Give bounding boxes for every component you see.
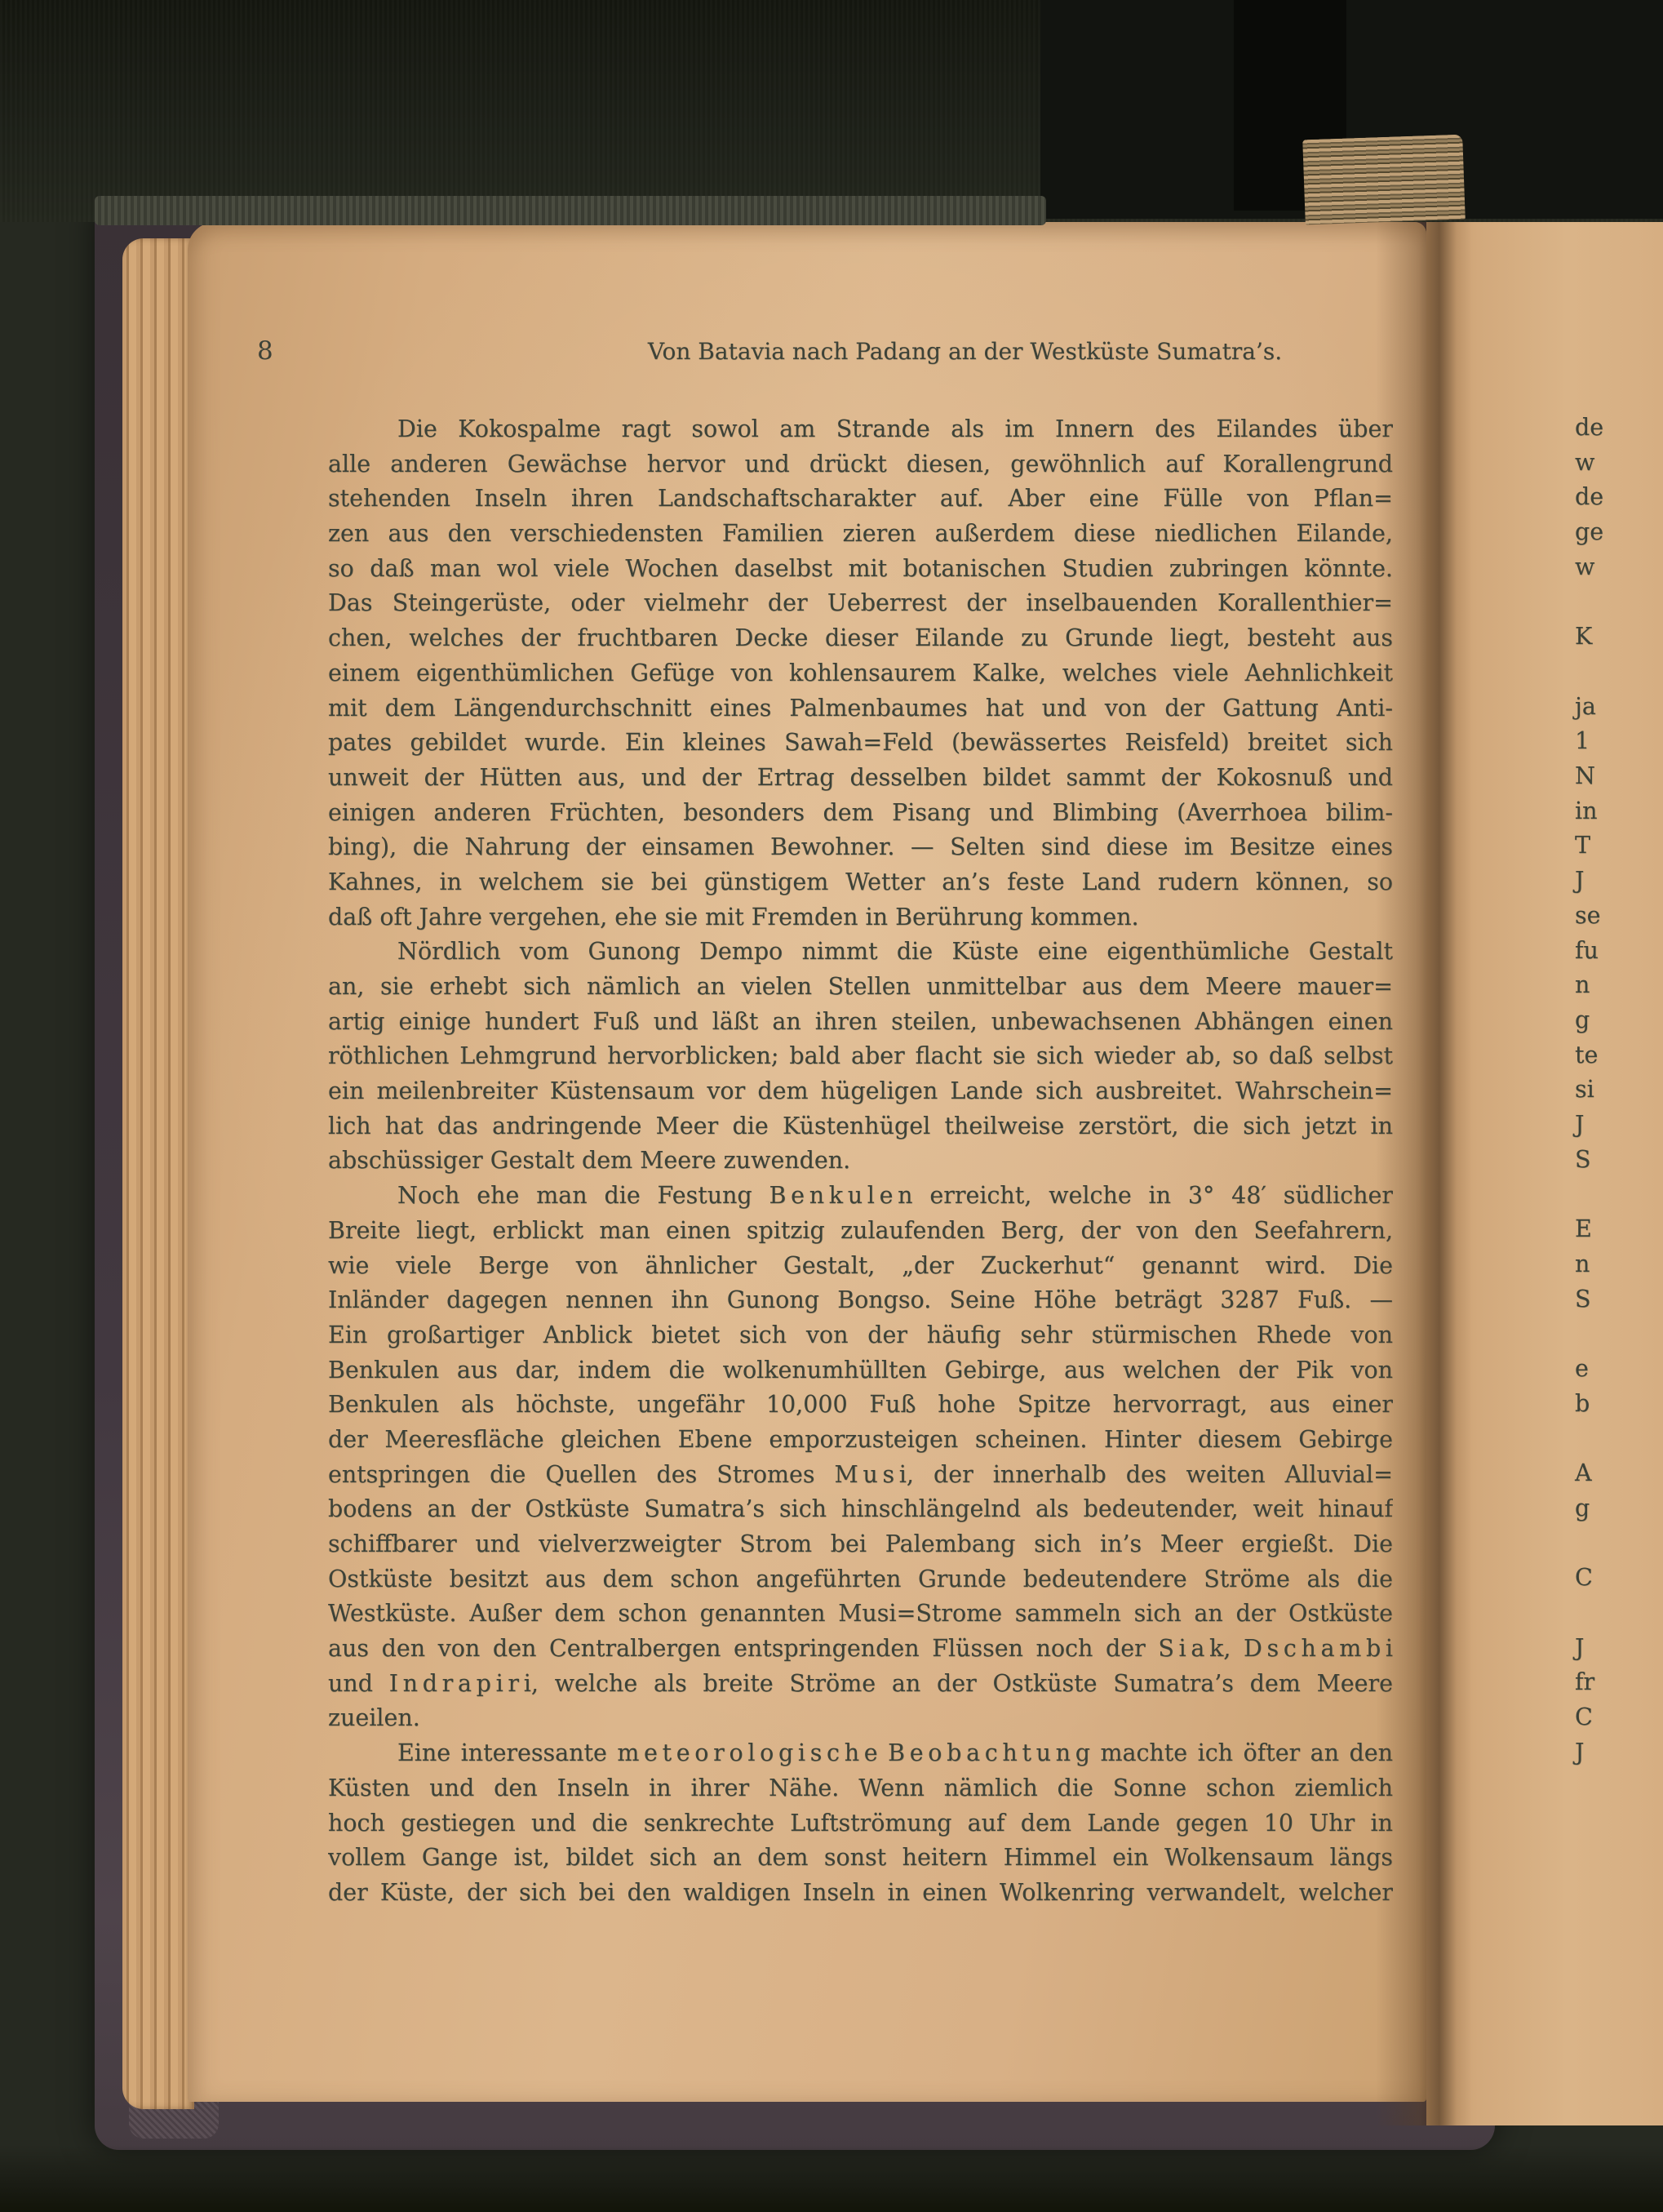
text-line: ein meilenbreiter Küstensaum vor dem hüg… xyxy=(328,1074,1393,1109)
text-line: einem eigenthümlichen Gefüge von kohlens… xyxy=(328,656,1393,691)
facing-page-fragment: w xyxy=(1575,551,1594,584)
facing-page-fragment: J xyxy=(1575,1108,1584,1141)
text-line: daß oft Jahre vergehen, ehe sie mit Frem… xyxy=(328,900,1393,935)
text-line: artig einige hundert Fuß und läßt an ihr… xyxy=(328,1005,1393,1040)
facing-page-fragment: N xyxy=(1575,760,1595,793)
text-line: wie viele Berge von ähnlicher Gestalt, „… xyxy=(328,1249,1393,1284)
facing-page-fragment: ge xyxy=(1575,516,1603,549)
facing-page-fragment: ja xyxy=(1575,691,1596,723)
text-line: Das Steingerüste, oder vielmehr der Uebe… xyxy=(328,586,1393,621)
text-line: Nördlich vom Gunong Dempo nimmt die Küst… xyxy=(328,935,1393,970)
facing-page-fragment: T xyxy=(1575,829,1590,862)
facing-page-fragment: g xyxy=(1575,1004,1590,1037)
text-line: stehenden Inseln ihren Landschaftscharak… xyxy=(328,482,1393,517)
text-line: röthlichen Lehmgrund hervorblicken; bald… xyxy=(328,1039,1393,1074)
text-line: unweit der Hütten aus, und der Ertrag de… xyxy=(328,761,1393,796)
text-line: abschüssiger Gestalt dem Meere zuwenden. xyxy=(328,1144,1393,1179)
facing-page-fragment: C xyxy=(1575,1701,1593,1734)
text-line: mit dem Längendurchschnitt eines Palmenb… xyxy=(328,691,1393,726)
facing-page-fragment: J xyxy=(1575,864,1584,897)
text-line: Benkulen aus dar, indem die wolkenumhüll… xyxy=(328,1353,1393,1388)
text-line: bodens an der Ostküste Sumatra’s sich hi… xyxy=(328,1492,1393,1527)
text-line: Kahnes, in welchem sie bei günstigem Wet… xyxy=(328,865,1393,900)
facing-page-fragment: S xyxy=(1575,1283,1591,1316)
text-line: der Küste, der sich bei den waldigen Ins… xyxy=(328,1876,1393,1911)
text-line: hoch gestiegen und die senkrechte Luftst… xyxy=(328,1806,1393,1841)
text-line: einigen anderen Früchten, besonders dem … xyxy=(328,796,1393,831)
text-line: schiffbarer und vielverzweigter Strom be… xyxy=(328,1527,1393,1562)
facing-page-fragment: in xyxy=(1575,795,1597,828)
facing-page-fragment: fu xyxy=(1575,935,1599,967)
facing-page-fragment: w xyxy=(1575,446,1594,479)
text-line: an, sie erhebt sich nämlich an vielen St… xyxy=(328,970,1393,1005)
text-line: Ostküste besitzt aus dem schon angeführt… xyxy=(328,1562,1393,1597)
facing-page-fragment: C xyxy=(1575,1561,1593,1594)
facing-page-fragment: e xyxy=(1575,1353,1589,1385)
text-line: Breite liegt, erblickt man einen spitzig… xyxy=(328,1214,1393,1249)
text-line: Küsten und den Inseln in ihrer Nähe. Wen… xyxy=(328,1771,1393,1806)
text-line: alle anderen Gewächse hervor und drückt … xyxy=(328,447,1393,482)
facing-page-fragment: J xyxy=(1575,1736,1584,1769)
text-line: pates gebildet wurde. Ein kleines Sawah=… xyxy=(328,726,1393,761)
facing-page-fragment: n xyxy=(1575,1248,1590,1281)
text-line: und I n d r a p i r i, welche als breite… xyxy=(328,1667,1393,1702)
running-header: Von Batavia nach Padang an der Westküste… xyxy=(432,338,1497,365)
text-line: zen aus den verschiedensten Familien zie… xyxy=(328,517,1393,552)
facing-page-fragment: E xyxy=(1575,1213,1592,1246)
text-line: Eine interessante m e t e o r o l o g i … xyxy=(328,1736,1393,1771)
facing-page-fragment: te xyxy=(1575,1039,1598,1072)
facing-page-fragment: 1 xyxy=(1575,725,1590,757)
facing-page-fragment: si xyxy=(1575,1073,1594,1106)
running-head-row: 8 Von Batavia nach Padang an der Westküs… xyxy=(188,336,1426,374)
text-block: Die Kokospalme ragt sowol am Strande als… xyxy=(328,412,1393,1911)
facing-page-fragment: A xyxy=(1575,1457,1592,1490)
text-line: der Meeresfläche gleichen Ebene emporzus… xyxy=(328,1423,1393,1458)
text-line: entspringen die Quellen des Stromes M u … xyxy=(328,1458,1393,1493)
book-page: 8 Von Batavia nach Padang an der Westküs… xyxy=(188,222,1426,2102)
facing-page-fragment: g xyxy=(1575,1492,1590,1525)
facing-page-fragment: n xyxy=(1575,969,1590,1002)
text-line: Westküste. Außer dem schon genannten Mus… xyxy=(328,1597,1393,1632)
text-line: Benkulen als höchste, ungefähr 10,000 Fu… xyxy=(328,1388,1393,1423)
text-line: chen, welches der fruchtbaren Decke dies… xyxy=(328,621,1393,656)
facing-page-fragment: K xyxy=(1575,620,1592,653)
text-line: Die Kokospalme ragt sowol am Strande als… xyxy=(328,412,1393,447)
page-block-fore-edge xyxy=(1302,135,1466,225)
facing-page-fragment: de xyxy=(1575,411,1603,444)
page-number: 8 xyxy=(257,336,273,366)
text-line: bing), die Nahrung der einsamen Bewohner… xyxy=(328,830,1393,865)
facing-page-fragment: b xyxy=(1575,1388,1590,1420)
text-line: zueilen. xyxy=(328,1701,1393,1736)
text-line: Ein großartiger Anblick bietet sich von … xyxy=(328,1318,1393,1353)
facing-page-fragment: fr xyxy=(1575,1666,1594,1699)
page-stack-edges xyxy=(122,238,194,2109)
facing-page-fragment: se xyxy=(1575,899,1601,932)
background-bottom-shadow xyxy=(0,2145,1663,2212)
scanned-book-photo: dewdegewKja1NinTJsefungtesiJSEnSebAgCJfr… xyxy=(0,0,1663,2212)
text-line: so daß man wol viele Wochen daselbst mit… xyxy=(328,552,1393,587)
text-line: vollem Gange ist, bildet sich an dem son… xyxy=(328,1841,1393,1876)
facing-page-fragment: J xyxy=(1575,1632,1584,1664)
text-line: lich hat das andringende Meer die Küsten… xyxy=(328,1109,1393,1144)
cover-top-edge-weave xyxy=(95,196,1046,225)
text-line: Noch ehe man die Festung B e n k u l e n… xyxy=(328,1179,1393,1214)
text-line: aus den von den Centralbergen entspringe… xyxy=(328,1632,1393,1667)
facing-page-fragment: S xyxy=(1575,1144,1591,1176)
page-fold-shadow xyxy=(1376,219,1472,2125)
facing-page-fragment: de xyxy=(1575,481,1603,513)
text-line: Inländer dagegen nennen ihn Gunong Bongs… xyxy=(328,1283,1393,1318)
